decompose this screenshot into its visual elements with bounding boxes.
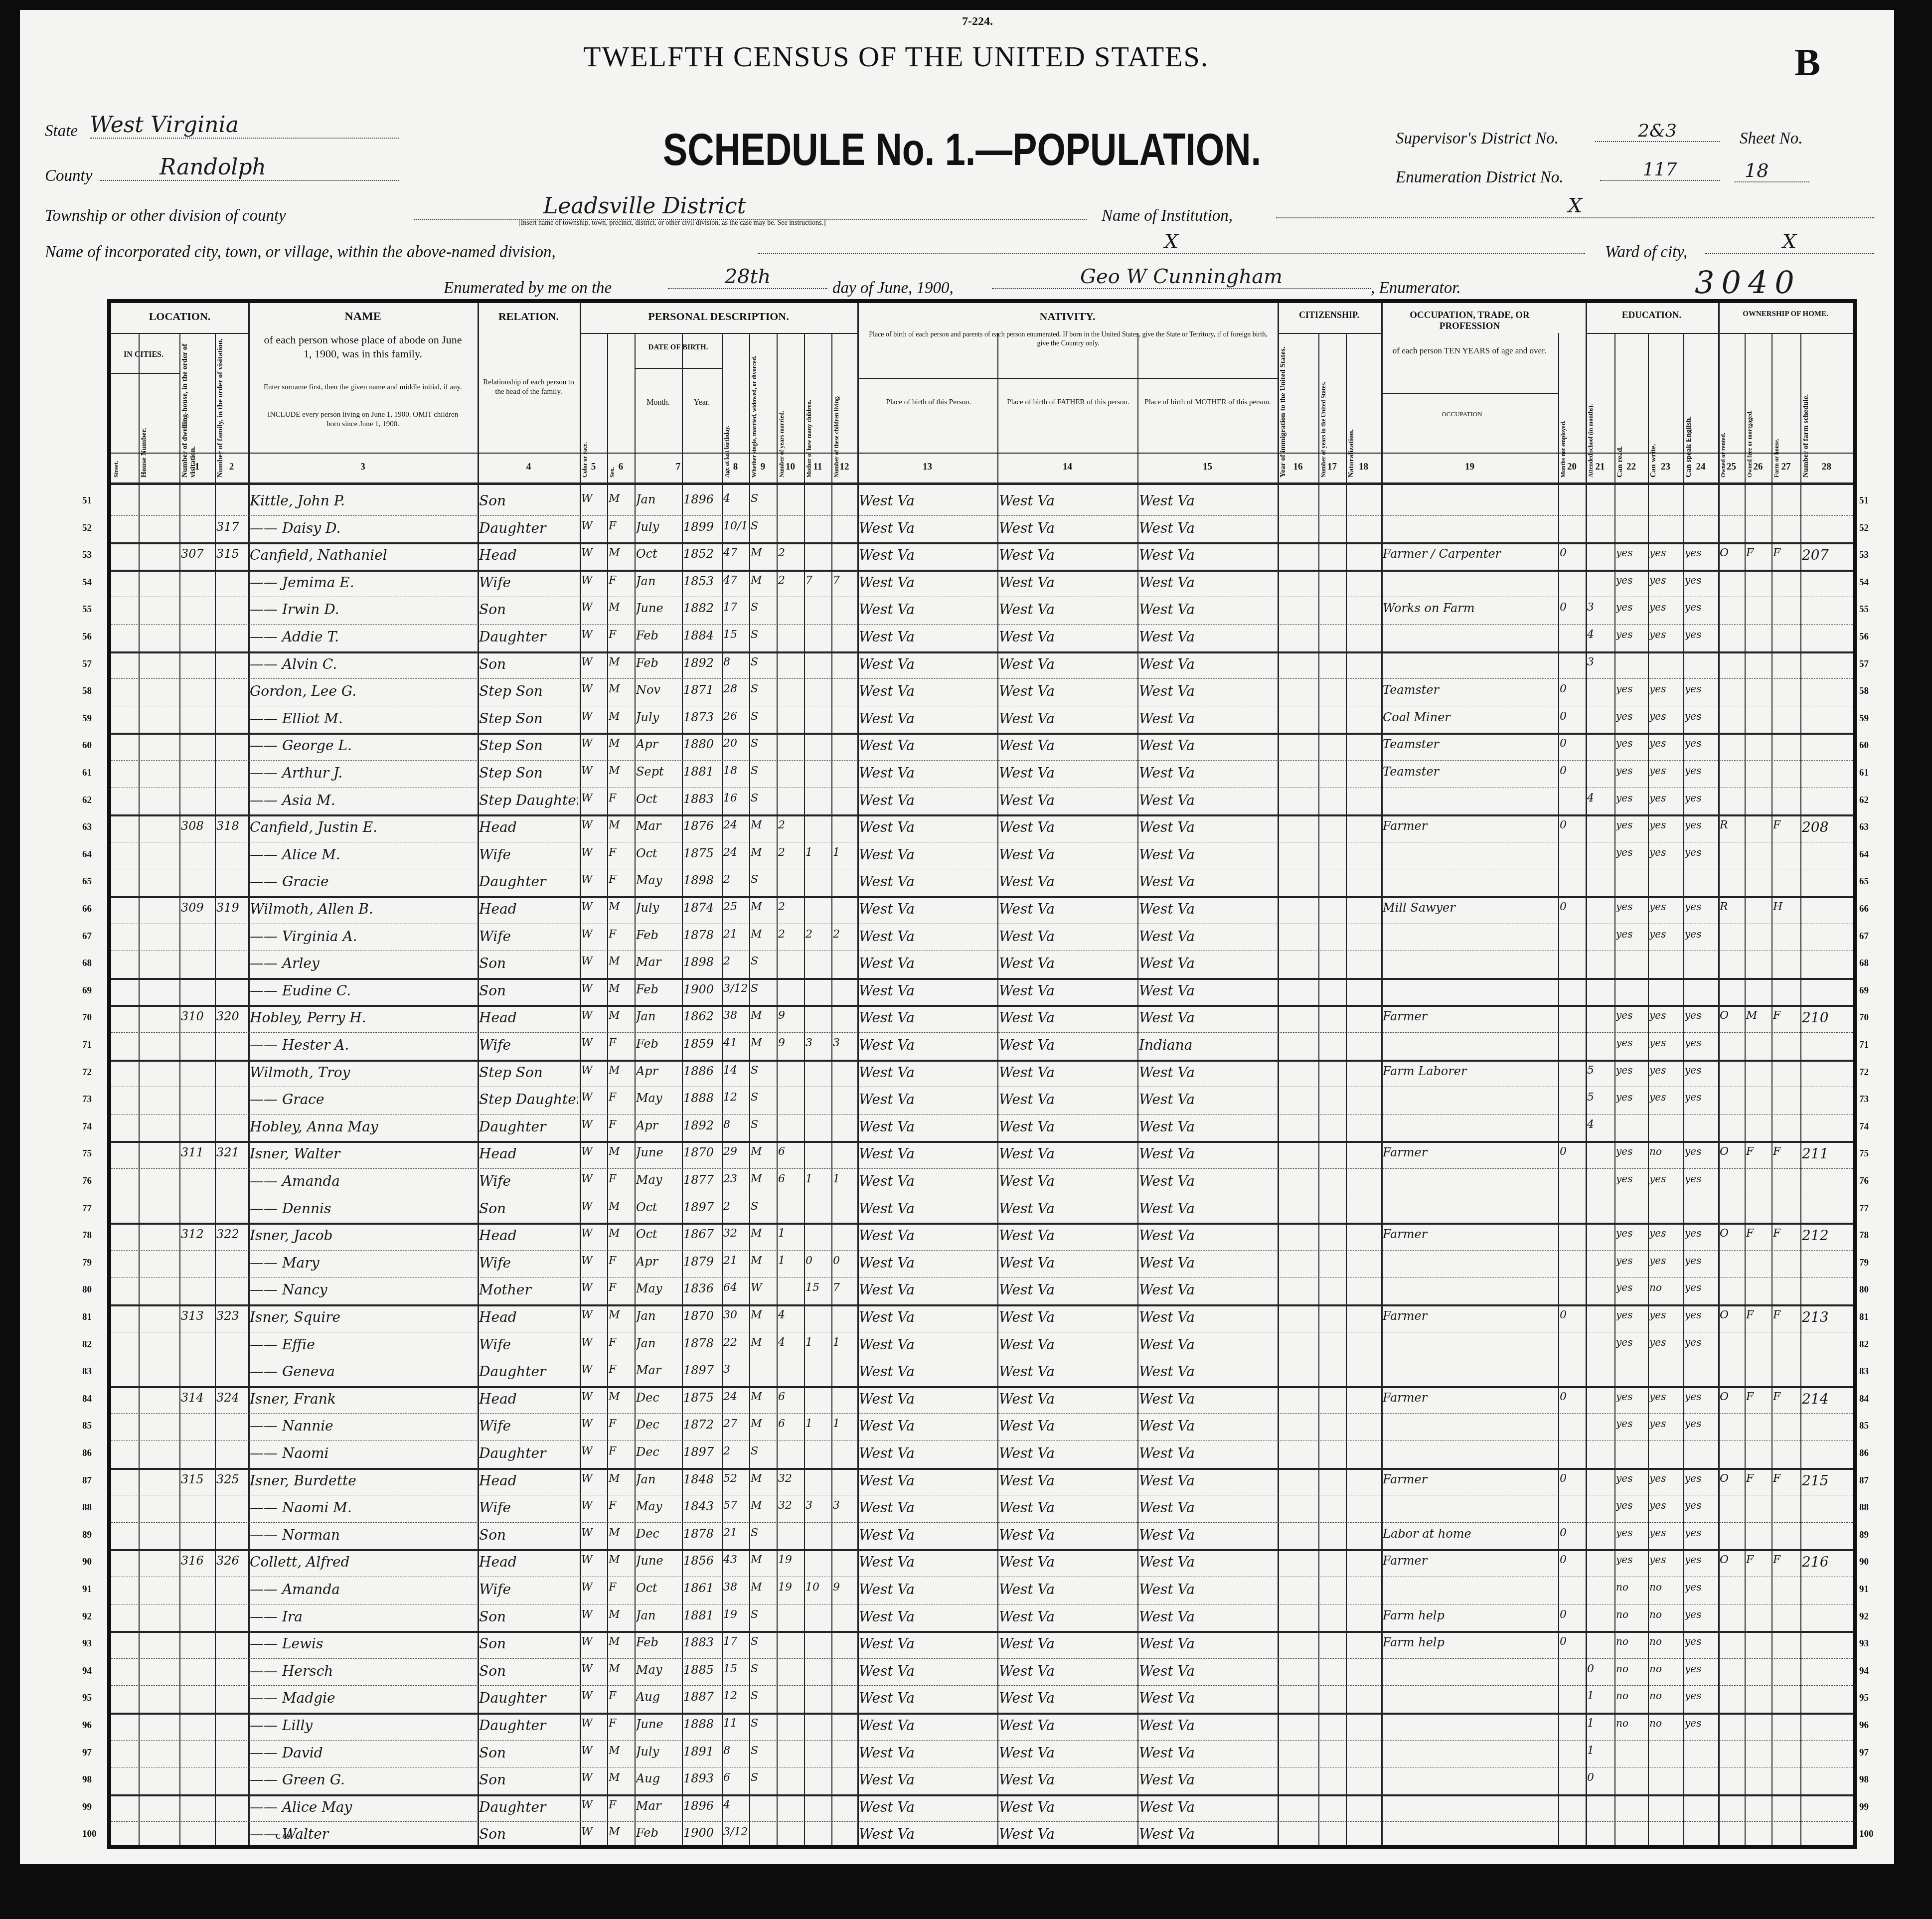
row-divider: [111, 814, 1853, 816]
cell-rel: Daughter: [479, 1690, 578, 1706]
cell-month: Jan: [636, 1608, 680, 1622]
cell-bm: Indiana: [1139, 1037, 1276, 1053]
cell-sex: M: [609, 656, 633, 668]
cell-sex: F: [609, 1119, 633, 1131]
cell-sex: F: [609, 1336, 633, 1349]
cell-age: 11: [723, 1717, 748, 1730]
township-value: Leadsville District: [414, 193, 1087, 220]
vertical-header-naturalization: Naturalization.: [1348, 338, 1379, 478]
vertical-header-sex: Sex.: [609, 338, 633, 478]
cell-mar: M: [751, 1145, 775, 1158]
row-divider: [111, 1196, 1853, 1197]
row-number: 77: [82, 1203, 92, 1214]
cell-rd: yes: [1616, 1009, 1646, 1021]
cell-bf: West Va: [999, 1472, 1136, 1489]
header-divider: [1381, 393, 1558, 394]
cell-ym: 6: [778, 1173, 803, 1185]
cell-mar: M: [751, 1255, 775, 1267]
cell-year: 1893: [683, 1771, 720, 1785]
enumeration-label: Enumeration District No.: [1396, 168, 1563, 187]
cell-rel: Wife: [479, 928, 578, 945]
cell-color: W: [581, 765, 606, 777]
cell-mc: 1: [805, 1418, 830, 1430]
cell-mar: M: [751, 1227, 775, 1240]
state-value: West Virginia: [90, 112, 399, 139]
cell-bm: West Va: [1139, 1527, 1276, 1543]
cell-wr: yes: [1649, 547, 1682, 559]
cell-color: W: [581, 1771, 606, 1784]
footer-code: C-69: [276, 1833, 290, 1841]
cell-age: 2: [723, 955, 748, 967]
cell-name: —— Grace: [250, 1091, 476, 1108]
cell-rd: no: [1616, 1663, 1646, 1675]
cell-ym: 2: [778, 547, 803, 559]
row-divider: [111, 1685, 1853, 1686]
cell-month: Feb: [636, 928, 680, 942]
column-number: 27: [1771, 462, 1800, 473]
row-number: 96: [1859, 1720, 1869, 1731]
column-number: 18: [1346, 462, 1381, 473]
cell-mar: S: [751, 1091, 775, 1104]
cell-bf: West Va: [999, 1418, 1136, 1434]
cell-dw: 315: [181, 1472, 213, 1486]
cell-mar: S: [751, 1771, 775, 1784]
row-number: 85: [82, 1421, 92, 1432]
cell-bp: West Va: [859, 737, 996, 754]
sheet-label: Sheet No.: [1740, 130, 1802, 148]
cell-bf: West Va: [999, 683, 1136, 699]
row-number: 67: [1859, 931, 1869, 942]
cell-bm: West Va: [1139, 1091, 1276, 1108]
cell-bf: West Va: [999, 1690, 1136, 1706]
cell-rd: yes: [1616, 1281, 1646, 1293]
cell-bp: West Va: [859, 1064, 996, 1081]
cell-name: —— Virginia A.: [250, 928, 476, 945]
row-number: 70: [1859, 1012, 1869, 1023]
row-number: 82: [82, 1339, 92, 1350]
cell-bp: West Va: [859, 1145, 996, 1162]
cell-age: 28: [723, 683, 748, 695]
column-divider: [777, 333, 778, 1845]
cell-bp: West Va: [859, 1826, 996, 1842]
cell-sex: M: [609, 1554, 633, 1566]
cell-bf: West Va: [999, 1309, 1136, 1325]
cell-sch: 4: [1587, 629, 1613, 641]
cell-own: O: [1720, 547, 1743, 559]
cell-age: 21: [723, 1527, 748, 1539]
row-number: 61: [82, 768, 92, 779]
row-divider: [111, 788, 1853, 789]
cell-rd: yes: [1616, 1173, 1646, 1185]
row-divider: [111, 1713, 1853, 1715]
column-number: 9: [749, 462, 777, 473]
cell-age: 19: [723, 1608, 748, 1621]
sheet-letter: B: [1794, 40, 1820, 85]
cell-year: 1885: [683, 1663, 720, 1677]
cell-year: 1888: [683, 1717, 720, 1731]
cell-age: 16: [723, 792, 748, 804]
cell-dw: 309: [181, 901, 213, 915]
cell-bm: West Va: [1139, 1309, 1276, 1325]
cell-mar: M: [751, 1418, 775, 1430]
cell-rel: Daughter: [479, 1363, 578, 1380]
cell-cl: 1: [833, 846, 856, 859]
cell-bp: West Va: [859, 955, 996, 971]
supervisor-value: 2&3: [1595, 121, 1720, 142]
row-divider: [111, 1250, 1853, 1251]
cell-sch: 1: [1587, 1690, 1613, 1702]
vertical-header-can-speak: Can speak English.: [1685, 338, 1716, 478]
cell-mu: 0: [1560, 901, 1584, 913]
census-title: TWELFTH CENSUS OF THE UNITED STATES.: [583, 40, 1209, 73]
row-number: 51: [1859, 495, 1869, 506]
cell-bm: West Va: [1139, 1281, 1276, 1298]
cell-mc: 2: [805, 928, 830, 941]
cell-name: —— Amanda: [250, 1173, 476, 1189]
cell-color: W: [581, 520, 606, 532]
cell-rel: Step Daughter: [479, 1091, 578, 1108]
cell-rel: Step Son: [479, 683, 578, 699]
cell-fam: 325: [216, 1472, 247, 1486]
cell-en: yes: [1685, 683, 1717, 695]
cell-bm: West Va: [1139, 846, 1276, 863]
cell-bp: West Va: [859, 1091, 996, 1108]
cell-sex: M: [609, 1227, 633, 1240]
cell-mar: M: [751, 1391, 775, 1403]
cell-en: yes: [1685, 1608, 1717, 1620]
cell-month: Apr: [636, 1255, 680, 1269]
cell-age: 15: [723, 1663, 748, 1675]
cell-color: W: [581, 928, 606, 941]
cell-bp: West Va: [859, 629, 996, 645]
row-divider: [111, 1332, 1853, 1333]
row-number: 62: [82, 795, 92, 806]
cell-bf: West Va: [999, 1173, 1136, 1189]
supervisor-label: Supervisor's District No.: [1396, 130, 1559, 148]
cell-fh: F: [1773, 1472, 1799, 1485]
cell-sch: 0: [1587, 1771, 1613, 1784]
vertical-header-children-living: Number of these children living.: [833, 338, 855, 478]
cell-bp: West Va: [859, 1472, 996, 1489]
cell-year: 1897: [683, 1363, 720, 1377]
cell-year: 1881: [683, 1608, 720, 1622]
cell-name: —— Ira: [250, 1608, 476, 1625]
cell-color: W: [581, 1227, 606, 1240]
header-divider: [111, 482, 1853, 485]
cell-color: W: [581, 1717, 606, 1730]
cell-mu: 0: [1560, 547, 1584, 559]
cell-rd: yes: [1616, 1309, 1646, 1321]
enumerator-name: Geo W Cunningham: [992, 265, 1371, 289]
cell-color: W: [581, 901, 606, 913]
cell-bm: West Va: [1139, 873, 1276, 890]
cell-age: 47: [723, 547, 748, 559]
cell-rd: no: [1616, 1581, 1646, 1593]
cell-en: yes: [1685, 901, 1717, 913]
cell-age: 32: [723, 1227, 748, 1240]
cell-dw: 308: [181, 819, 213, 833]
vertical-header-family: Number of family, in the order of visita…: [217, 338, 246, 478]
column-divider: [215, 333, 216, 1845]
column-divider: [1614, 333, 1615, 1845]
column-divider: [1278, 303, 1279, 1845]
row-number: 64: [82, 849, 92, 860]
cell-wr: yes: [1649, 710, 1682, 722]
header-occupation-desc: of each person TEN YEARS of age and over…: [1387, 345, 1552, 356]
cell-ym: 4: [778, 1309, 803, 1321]
cell-name: Isner, Jacob: [250, 1227, 476, 1244]
cell-name: —— Naomi M.: [250, 1499, 476, 1516]
cell-fh: F: [1773, 1145, 1799, 1158]
row-number: 71: [82, 1040, 92, 1051]
column-divider: [1318, 333, 1319, 1845]
row-number: 74: [82, 1121, 92, 1132]
cell-color: W: [581, 955, 606, 967]
cell-age: 57: [723, 1499, 748, 1512]
cell-color: W: [581, 1009, 606, 1022]
cell-year: 1900: [683, 982, 720, 996]
row-number: 55: [1859, 604, 1869, 615]
cell-year: 1899: [683, 520, 720, 534]
cell-sex: F: [609, 1091, 633, 1104]
cell-mu: 0: [1560, 737, 1584, 750]
cell-name: —— George L.: [250, 737, 476, 754]
row-number: 56: [1859, 632, 1869, 642]
cell-mar: S: [751, 492, 775, 505]
row-divider: [111, 570, 1853, 572]
cell-year: 1897: [683, 1445, 720, 1459]
cell-bm: West Va: [1139, 1663, 1276, 1679]
row-number: 89: [1859, 1530, 1869, 1541]
cell-year: 1870: [683, 1145, 720, 1159]
cell-mu: 0: [1560, 765, 1584, 777]
cell-ym: 6: [778, 1418, 803, 1430]
cell-color: W: [581, 656, 606, 668]
cell-bp: West Va: [859, 492, 996, 509]
cell-sex: M: [609, 819, 633, 831]
cell-bm: West Va: [1139, 737, 1276, 754]
cell-age: 20: [723, 737, 748, 750]
cell-year: 1848: [683, 1472, 720, 1486]
cell-bp: West Va: [859, 1690, 996, 1706]
cell-bp: West Va: [859, 1173, 996, 1189]
cell-ym: 2: [778, 901, 803, 913]
cell-sex: M: [609, 1608, 633, 1621]
cell-own: O: [1720, 1554, 1743, 1566]
cell-sex: F: [609, 1363, 633, 1376]
column-divider: [1800, 333, 1801, 1845]
cell-bf: West Va: [999, 1391, 1136, 1407]
column-number: 26: [1745, 462, 1771, 473]
cell-bm: West Va: [1139, 1336, 1276, 1353]
cell-bp: West Va: [859, 982, 996, 999]
cell-name: Isner, Walter: [250, 1145, 476, 1162]
cell-fam: 322: [216, 1227, 247, 1241]
cell-year: 1856: [683, 1554, 720, 1568]
cell-month: Apr: [636, 1064, 680, 1078]
cell-sex: M: [609, 901, 633, 913]
column-divider: [749, 333, 750, 1845]
row-number: 94: [1859, 1666, 1869, 1677]
cell-rd: yes: [1616, 1418, 1646, 1430]
cell-bf: West Va: [999, 928, 1136, 945]
cell-occ: Farm help: [1383, 1635, 1557, 1649]
cell-bp: West Va: [859, 1363, 996, 1380]
cell-bm: West Va: [1139, 792, 1276, 808]
header-divider: [635, 368, 722, 369]
cell-color: W: [581, 1200, 606, 1213]
row-divider: [111, 1005, 1853, 1007]
cell-wr: yes: [1649, 901, 1682, 913]
header-birth-mother: Place of birth of MOTHER of this person.: [1140, 398, 1275, 407]
cell-wr: yes: [1649, 1091, 1682, 1103]
cell-cl: 3: [833, 1037, 856, 1049]
cell-bp: West Va: [859, 1745, 996, 1761]
column-number: 25: [1718, 462, 1745, 473]
cell-own: O: [1720, 1391, 1743, 1403]
cell-fh: F: [1773, 1391, 1799, 1403]
cell-year: 1878: [683, 1527, 720, 1541]
cell-bp: West Va: [859, 1336, 996, 1353]
cell-wr: yes: [1649, 1527, 1682, 1539]
cell-color: W: [581, 1037, 606, 1049]
cell-en: yes: [1685, 710, 1717, 722]
cell-month: Dec: [636, 1391, 680, 1405]
row-divider: [111, 1359, 1853, 1360]
cell-color: W: [581, 1064, 606, 1077]
cell-name: —— Hersch: [250, 1663, 476, 1679]
row-number: 90: [82, 1557, 92, 1568]
cell-name: —— Gracie: [250, 873, 476, 890]
cell-age: 21: [723, 928, 748, 941]
cell-occ: Farmer: [1383, 1227, 1557, 1241]
cell-cl: 2: [833, 928, 856, 941]
cell-sex: M: [609, 737, 633, 750]
cell-bp: West Va: [859, 1445, 996, 1461]
cell-month: Mar: [636, 819, 680, 833]
cell-mar: S: [751, 1690, 775, 1702]
cell-rd: yes: [1616, 1472, 1646, 1484]
column-number: 11: [804, 462, 831, 473]
cell-age: 22: [723, 1336, 748, 1349]
cell-color: W: [581, 982, 606, 995]
cell-rel: Step Son: [479, 1064, 578, 1081]
state-label: State: [45, 122, 78, 141]
row-number: 81: [82, 1312, 92, 1323]
cell-rd: yes: [1616, 1145, 1646, 1157]
cell-rel: Son: [479, 1608, 578, 1625]
row-divider: [111, 1495, 1853, 1496]
city-label: Name of incorporated city, town, or vill…: [45, 243, 556, 262]
column-divider: [1771, 333, 1772, 1845]
cell-color: W: [581, 1145, 606, 1158]
column-number: 4: [478, 462, 580, 473]
row-number: 86: [82, 1448, 92, 1459]
cell-rel: Head: [479, 1554, 578, 1570]
cell-bp: West Va: [859, 1309, 996, 1325]
cell-color: W: [581, 846, 606, 859]
cell-sex: M: [609, 1663, 633, 1675]
row-number: 98: [1859, 1774, 1869, 1785]
cell-rd: yes: [1616, 547, 1646, 559]
cell-mar: S: [751, 656, 775, 668]
column-divider: [139, 333, 140, 1845]
cell-bm: West Va: [1139, 1173, 1276, 1189]
cell-mar: M: [751, 1037, 775, 1049]
cell-rd: yes: [1616, 1527, 1646, 1539]
cell-en: yes: [1685, 1554, 1717, 1566]
cell-ym: 1: [778, 1227, 803, 1240]
cell-wr: yes: [1649, 1255, 1682, 1267]
row-number: 82: [1859, 1339, 1869, 1350]
cell-bp: West Va: [859, 1581, 996, 1598]
cell-bf: West Va: [999, 656, 1136, 672]
row-number: 95: [82, 1693, 92, 1704]
cell-mar: S: [751, 737, 775, 750]
cell-cl: 1: [833, 1336, 856, 1349]
cell-month: Jan: [636, 1336, 680, 1350]
cell-wr: yes: [1649, 1336, 1682, 1348]
row-divider: [111, 1549, 1853, 1551]
cell-year: 1898: [683, 955, 720, 969]
cell-year: 1881: [683, 765, 720, 779]
institution-value: X: [1276, 194, 1874, 218]
cell-age: 52: [723, 1472, 748, 1485]
cell-cl: 1: [833, 1173, 856, 1185]
cell-year: 1871: [683, 683, 720, 697]
row-number: 72: [1859, 1067, 1869, 1078]
cell-name: —— Arley: [250, 955, 476, 971]
cell-rd: yes: [1616, 574, 1646, 586]
cell-color: W: [581, 1635, 606, 1648]
cell-mar: S: [751, 1064, 775, 1077]
cell-mc: 10: [805, 1581, 830, 1594]
cell-age: 47: [723, 574, 748, 587]
row-number: 99: [82, 1802, 92, 1813]
cell-bp: West Va: [859, 1527, 996, 1543]
cell-bp: West Va: [859, 574, 996, 591]
cell-rel: Son: [479, 492, 578, 509]
row-number: 70: [82, 1012, 92, 1023]
cell-bf: West Va: [999, 765, 1136, 781]
cell-month: Apr: [636, 737, 680, 751]
cell-bp: West Va: [859, 765, 996, 781]
cell-age: 18: [723, 765, 748, 777]
cell-en: yes: [1685, 1145, 1717, 1157]
cell-color: W: [581, 683, 606, 695]
cell-age: 21: [723, 1255, 748, 1267]
cell-en: yes: [1685, 819, 1717, 831]
row-number: 96: [82, 1720, 92, 1731]
row-divider: [111, 624, 1853, 625]
cell-month: Jan: [636, 574, 680, 588]
cell-sex: M: [609, 1064, 633, 1077]
row-number: 92: [1859, 1611, 1869, 1622]
cell-own: O: [1720, 1227, 1743, 1240]
column-number: 19: [1381, 462, 1558, 473]
row-number: 92: [82, 1611, 92, 1622]
row-number: 73: [1859, 1094, 1869, 1105]
cell-sex: M: [609, 955, 633, 967]
column-divider: [607, 333, 608, 1845]
column-number: 13: [857, 462, 997, 473]
cell-bp: West Va: [859, 928, 996, 945]
cell-year: 1896: [683, 492, 720, 506]
column-divider: [635, 333, 636, 1845]
cell-fm: F: [1746, 1145, 1770, 1158]
cell-bf: West Va: [999, 1009, 1136, 1026]
header-divider: [111, 333, 248, 334]
